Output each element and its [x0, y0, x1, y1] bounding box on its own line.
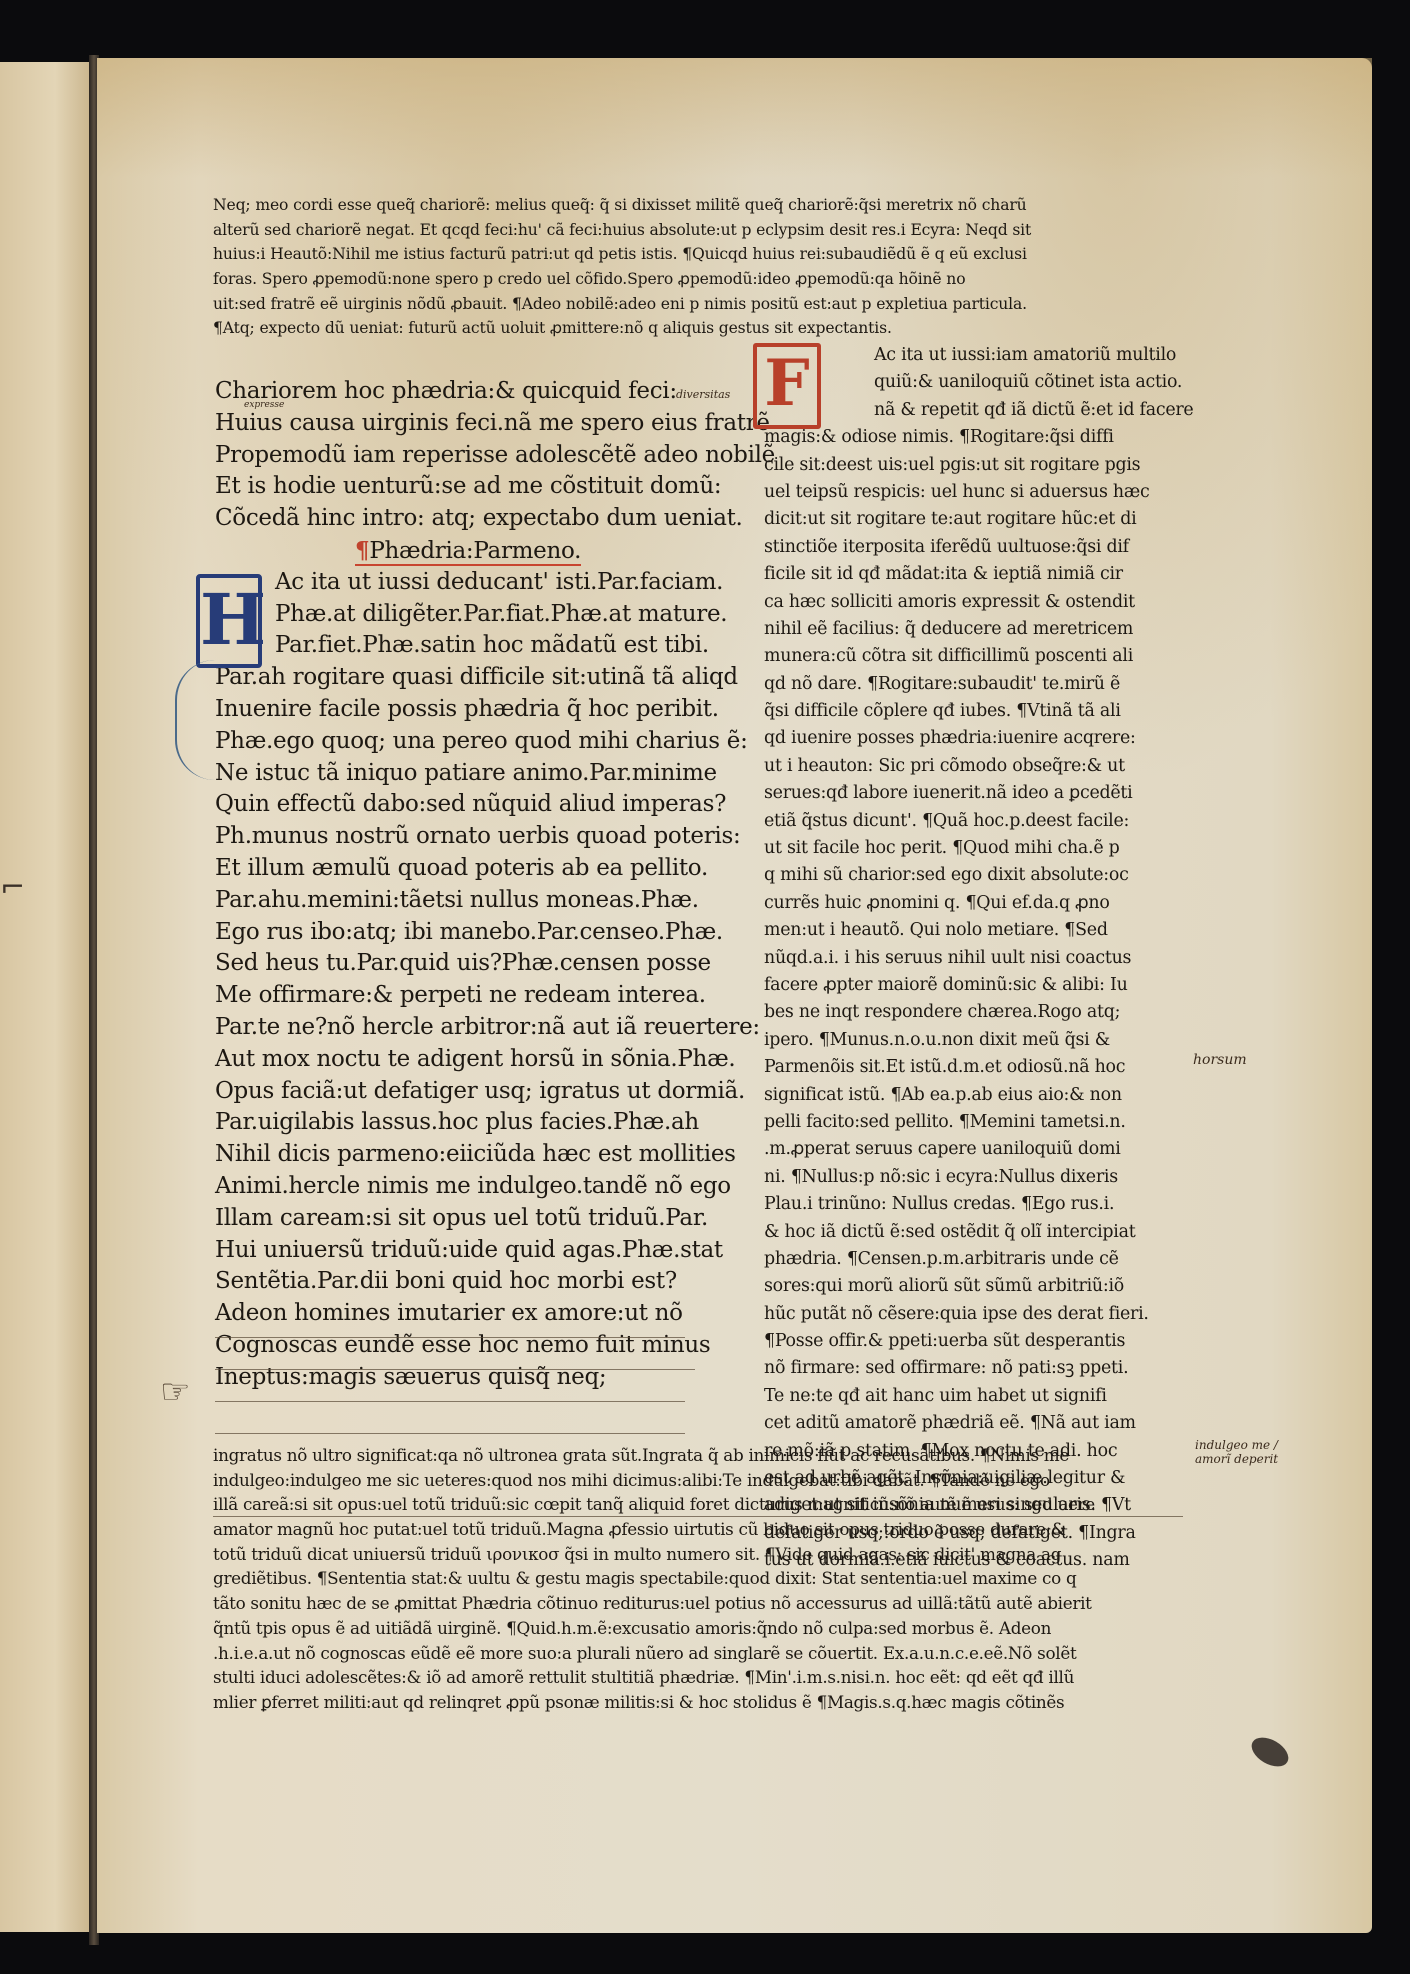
verse-line: Ineptus:magis sæuerus quisq̃ neq;: [215, 1362, 725, 1394]
commentary-line: ca hæc solliciti amoris expressit & oste…: [764, 589, 1174, 616]
marginal-note: indulgeo me / amorĩ deperit: [1195, 1438, 1295, 1466]
commentary-line: q mihi sũ charior:sed ego dixit absolute…: [764, 862, 1174, 889]
verse-line: Sentẽtia.Par.dii boni quid hoc morbi est…: [215, 1266, 725, 1298]
verse-line: Animi.hercle nimis me indulgeo.tandẽ nõ …: [215, 1171, 725, 1203]
commentary-line: ipero. ¶Munus.n.o.u.non dixit meũ q̃si &: [764, 1027, 1174, 1054]
verse-line: Sed heus tu.Par.quid uis?Phæ.censen poss…: [215, 948, 725, 980]
commentary-line: ut i heauton: Sic pri cõmodo obseq̃re:& …: [764, 753, 1174, 780]
commentary-line: hũc putãt nõ cẽsere:quia ipse des derat …: [764, 1301, 1174, 1328]
top-commentary: Neq; meo cordi esse queq̃ chariorẽ: meli…: [213, 193, 1173, 341]
commentary-line: nihil eẽ facilius: q̃ deducere ad meretr…: [764, 616, 1174, 643]
underline-rule: [215, 1401, 685, 1402]
commentary-line: men:ut i heautõ. Qui nolo metiare. ¶Sed: [764, 917, 1174, 944]
lombard-initial-blue: H: [196, 574, 262, 668]
verse-line: Nihil dicis parmeno:eiiciũda hæc est mol…: [215, 1139, 725, 1171]
verse-line: Ph.munus nostrũ ornato uerbis quoad pote…: [215, 821, 725, 853]
verse-line: Huius causa uirginis feci.nã me spero ei…: [215, 408, 725, 440]
commentary-line: dicit:ut sit rogitare te:aut rogitare hũ…: [764, 506, 1174, 533]
verse-line: Et illum æmulũ quoad poteris ab ea pelli…: [215, 853, 725, 885]
commentary-line: pelli facito:sed pellito. ¶Memini tamets…: [764, 1109, 1174, 1136]
marginal-note: horsum: [1193, 1052, 1247, 1068]
scene-heading: ¶Phædria:Parmeno.: [215, 535, 725, 567]
commentary-line: grediẽtibus. ¶Sententia stat:& uultu & g…: [213, 1566, 1188, 1591]
commentary-line: ut sit facile hoc perit. ¶Quod mihi cha.…: [764, 835, 1174, 862]
commentary-line: & hoc iã dictũ ẽ:sed ostẽdit q̃ olĩ inte…: [764, 1219, 1174, 1246]
commentary-line: nã & repetit qđ iã dictũ ẽ:et id facere: [764, 397, 1174, 424]
verse-line: Par.ahu.memini:tãetsi nullus moneas.Phæ.: [215, 885, 725, 917]
right-commentary: Ac ita ut iussi:iam amatoriũ multilo qui…: [764, 342, 1174, 1575]
commentary-line: phædria. ¶Censen.p.m.arbitraris unde cẽ: [764, 1246, 1174, 1273]
commentary-line: quiũ:& uaniloquiũ cõtinet ista actio.: [764, 369, 1174, 396]
commentary-line: Te ne:te qđ ait hanc uim habet ut signif…: [764, 1383, 1174, 1410]
verse-line: Ne istuc tã iniquo patiare animo.Par.min…: [215, 758, 725, 790]
verse-line: Phæ.ego quoq; una pereo quod mihi chariu…: [215, 726, 725, 758]
commentary-line: ficile sit id qđ mãdat:ita & ieptiã nimi…: [764, 561, 1174, 588]
verse-line: Par.te ne?nõ hercle arbitror:nã aut iã r…: [215, 1012, 725, 1044]
commentary-line: nõ firmare: sed offirmare: nõ pati:sꝫ pp…: [764, 1355, 1174, 1382]
commentary-line: q̃ntũ tpis opus ẽ ad uitiãdã uirginẽ. ¶Q…: [213, 1616, 1188, 1641]
commentary-line: nũqd.a.i. i his seruus nihil uult nisi c…: [764, 945, 1174, 972]
commentary-line: qd nõ dare. ¶Rogitare:subaudit' te.mirũ …: [764, 671, 1174, 698]
pen-stroke-mark: ⌐: [0, 870, 25, 905]
commentary-line: uel teipsũ respicis: uel hunc si aduersu…: [764, 479, 1174, 506]
commentary-line: facere ꝓpter maiorẽ dominũ:sic & alibi: …: [764, 972, 1174, 999]
commentary-line: tãto sonitu hæc de se ꝓmittat Phædria cõ…: [213, 1591, 1188, 1616]
commentary-line: qd iuenire posses phædria:iuenire acqrer…: [764, 725, 1174, 752]
commentary-line: totũ triduũ dicat uniuersũ triduũ ιρονικ…: [213, 1542, 1188, 1567]
previous-page-edge: [0, 62, 92, 1932]
commentary-line: sores:qui morũ aliorũ sũt sũmũ arbitriũ:…: [764, 1273, 1174, 1300]
commentary-line: mlier ꝑferret militi:aut qd relinqret ꝓp…: [213, 1690, 1188, 1715]
underline-rule: [215, 1433, 685, 1434]
commentary-line: ¶Posse offir.& ppeti:uerba sũt desperant…: [764, 1328, 1174, 1355]
commentary-line: cile sit:deest uis:uel pgis:ut sit rogit…: [764, 452, 1174, 479]
commentary-line: ni. ¶Nullus:p nõ:sic i ecyra:Nullus dixe…: [764, 1164, 1174, 1191]
verse-line: Illam caream:si sit opus uel totũ triduũ…: [215, 1203, 725, 1235]
verse-column: Chariorem hoc phædria:& quicquid feci: H…: [215, 376, 725, 1394]
verse-line: Par.uigilabis lassus.hoc plus facies.Phæ…: [215, 1107, 725, 1139]
commentary-line: alterũ sed chariorẽ negat. Et qcqd feci:…: [213, 218, 1173, 243]
commentary-line: foras. Spero ꝓpemodũ:none spero p credo …: [213, 267, 1173, 292]
verse-line: Ego rus ibo:atq; ibi manebo.Par.censeo.P…: [215, 917, 725, 949]
verse-line: Cõcedã hinc intro: atq; expectabo dum ue…: [215, 503, 725, 535]
commentary-line: munera:cũ cõtra sit difficillimũ poscent…: [764, 643, 1174, 670]
water-stain: [97, 58, 1372, 178]
commentary-line: stulti iduci adolescẽtes:& iõ ad amorẽ r…: [213, 1665, 1188, 1690]
commentary-line: amator magnũ hoc putat:uel totũ triduũ.M…: [213, 1517, 1188, 1542]
verse-line: Hui uniuersũ triduũ:uide quid agas.Phæ.s…: [215, 1235, 725, 1267]
commentary-line: q̃si difficile cõplere qđ iubes. ¶Vtinã …: [764, 698, 1174, 725]
commentary-line: illã careã:si sit opus:uel totũ triduũ:s…: [213, 1492, 1188, 1517]
commentary-line: ¶Atq; expecto dũ ueniat: futurũ actũ uol…: [213, 316, 1173, 341]
commentary-line: indulgeo:indulgeo me sic ueteres:quod no…: [213, 1468, 1188, 1493]
commentary-line: Neq; meo cordi esse queq̃ chariorẽ: meli…: [213, 193, 1173, 218]
commentary-line: cet aditũ amatorẽ phædriã eẽ. ¶Nã aut ia…: [764, 1410, 1174, 1437]
verse-line: Aut mox noctu te adigent horsũ in sõnia.…: [215, 1044, 725, 1076]
verse-line: Ac ita ut iussi deducant' isti.Par.facia…: [215, 567, 725, 599]
verse-line: Adeon homines imutarier ex amore:ut nõ: [215, 1298, 725, 1330]
underline-rule: [215, 1337, 685, 1338]
commentary-line: .m.ꝓperat seruus capere uaniloquiũ domi: [764, 1136, 1174, 1163]
commentary-line: currẽs huic ꝓnomini q. ¶Qui ef.da.q ꝓno: [764, 890, 1174, 917]
commentary-line: stinctiõe iterposita iferẽdũ uultuose:q̃…: [764, 534, 1174, 561]
verse-line: Par.fiet.Phæ.satin hoc mãdatũ est tibi.: [215, 630, 725, 662]
initial-flourish: [175, 660, 217, 780]
bottom-commentary: ingratus nõ ultro significat:qa nõ ultro…: [213, 1443, 1188, 1715]
underline-rule: [215, 1369, 695, 1370]
verse-line: Cognoscas eundẽ esse hoc nemo fuit minus: [215, 1330, 725, 1362]
commentary-line: Parmenõis sit.Et istũ.d.m.et odiosũ.nã h…: [764, 1054, 1174, 1081]
commentary-line: huius:i Heautõ:Nihil me istius facturũ p…: [213, 242, 1173, 267]
verse-line: Me offirmare:& perpeti ne redeam interea…: [215, 980, 725, 1012]
manicule-pointing-hand-icon: ☞: [160, 1372, 190, 1412]
verse-line: Phæ.at diligẽter.Par.fiat.Phæ.at mature.: [215, 599, 725, 631]
verse-line: Et is hodie uenturũ:se ad me cõstituit d…: [215, 471, 725, 503]
commentary-line: .h.i.e.a.ut nõ cognoscas eũdẽ eẽ more su…: [213, 1641, 1188, 1666]
verse-line: Quin effectũ dabo:sed nũquid aliud imper…: [215, 789, 725, 821]
verse-line: Par.ah rogitare quasi difficile sit:utin…: [215, 662, 725, 694]
commentary-line: Ac ita ut iussi:iam amatoriũ multilo: [764, 342, 1174, 369]
commentary-line: ingratus nõ ultro significat:qa nõ ultro…: [213, 1443, 1188, 1468]
commentary-line: uit:sed fratrẽ eẽ uirginis nõdũ ꝓbauit. …: [213, 292, 1173, 317]
commentary-line: serues:qđ labore iuenerit.nã ideo a ꝑced…: [764, 780, 1174, 807]
interlinear-gloss: expresse: [244, 400, 284, 410]
verse-line: Chariorem hoc phædria:& quicquid feci:: [215, 376, 725, 408]
commentary-line: bes ne inqt respondere chærea.Rogo atq;: [764, 999, 1174, 1026]
commentary-line: magis:& odiose nimis. ¶Rogitare:q̃si dif…: [764, 424, 1174, 451]
commentary-line: Plau.i trinũno: Nullus credas. ¶Ego rus.…: [764, 1191, 1174, 1218]
commentary-line: significat istũ. ¶Ab ea.p.ab eius aio:& …: [764, 1082, 1174, 1109]
verse-line: Opus faciã:ut defatiger usq; igratus ut …: [215, 1076, 725, 1108]
paragraph-mark-icon: ¶: [355, 537, 369, 566]
commentary-line: etiã q̃stus dicunt'. ¶Quã hoc.p.deest fa…: [764, 808, 1174, 835]
verse-line: Inuenire facile possis phædria q̃ hoc pe…: [215, 694, 725, 726]
interlinear-gloss: diversitas: [676, 388, 730, 401]
verse-line: Propemodũ iam reperisse adolescẽtẽ adeo …: [215, 440, 725, 472]
